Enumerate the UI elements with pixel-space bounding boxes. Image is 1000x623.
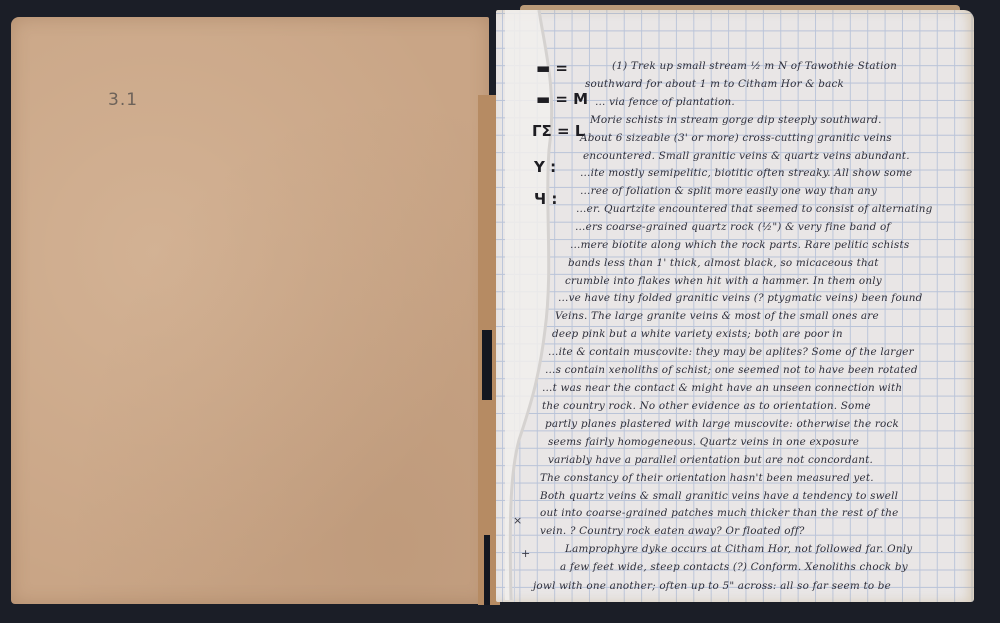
note-line: the country rock. No other evidence as t…	[542, 400, 871, 412]
note-line: (1) Trek up small stream ½ m N of Tawoth…	[612, 60, 897, 72]
margin-code: ▬ = M	[536, 90, 588, 108]
notebook-cover: 3.1	[11, 17, 489, 604]
note-line: …ite & contain muscovite: they may be ap…	[548, 346, 914, 358]
spine-gap	[484, 535, 490, 605]
note-line: … via fence of plantation.	[595, 96, 735, 108]
note-line: About 6 sizeable (3' or more) cross-cutt…	[580, 132, 892, 144]
margin-code: ▬ =	[536, 59, 568, 77]
note-line: …er. Quartzite encountered that seemed t…	[576, 203, 932, 215]
cover-label: 3.1	[108, 90, 138, 110]
note-line: Lamprophyre dyke occurs at Citham Hor, n…	[565, 543, 912, 555]
note-line: a few feet wide, steep contacts (?) Conf…	[560, 561, 908, 573]
note-line: vein. ? Country rock eaten away? Or floa…	[540, 525, 805, 537]
note-line: …ree of foliation & split more easily on…	[580, 185, 877, 197]
note-line: Morie schists in stream gorge dip steepl…	[590, 114, 882, 126]
margin-code: Ч :	[534, 190, 557, 208]
note-line: southward for about 1 m to Citham Hor & …	[585, 78, 844, 90]
note-line: …ve have tiny folded granitic veins (? p…	[558, 292, 923, 304]
margin-mark-plus: +	[521, 547, 530, 560]
note-line: …ers coarse-grained quartz rock (½") & v…	[575, 221, 890, 233]
note-line: The constancy of their orientation hasn'…	[540, 472, 874, 484]
note-line: encountered. Small granitic veins & quar…	[583, 150, 910, 162]
margin-code: ΓΣ = L	[532, 122, 584, 140]
note-line: …mere biotite along which the rock parts…	[570, 239, 909, 251]
note-line: Veins. The large granite veins & most of…	[555, 310, 879, 322]
note-line: …ite mostly semipelitic, biotitic often …	[580, 167, 912, 179]
margin-mark-cross: ×	[513, 514, 522, 527]
note-line: partly planes plastered with large musco…	[545, 418, 899, 430]
note-line: …s contain xenoliths of schist; one seem…	[545, 364, 918, 376]
note-line: variably have a parallel orientation but…	[548, 454, 873, 466]
note-line: jowl with one another; often up to 5" ac…	[533, 580, 891, 592]
note-line: bands less than 1' thick, almost black, …	[568, 257, 879, 269]
note-line: …t was near the contact & might have an …	[542, 382, 902, 394]
spine-gap	[482, 330, 492, 400]
note-line: seems fairly homogeneous. Quartz veins i…	[548, 436, 859, 448]
margin-code: Y :	[534, 158, 556, 176]
note-line: deep pink but a white variety exists; bo…	[552, 328, 843, 340]
note-line: out into coarse-grained patches much thi…	[540, 507, 898, 519]
note-line: crumble into flakes when hit with a hamm…	[565, 275, 882, 287]
note-line: Both quartz veins & small granitic veins…	[540, 490, 898, 502]
